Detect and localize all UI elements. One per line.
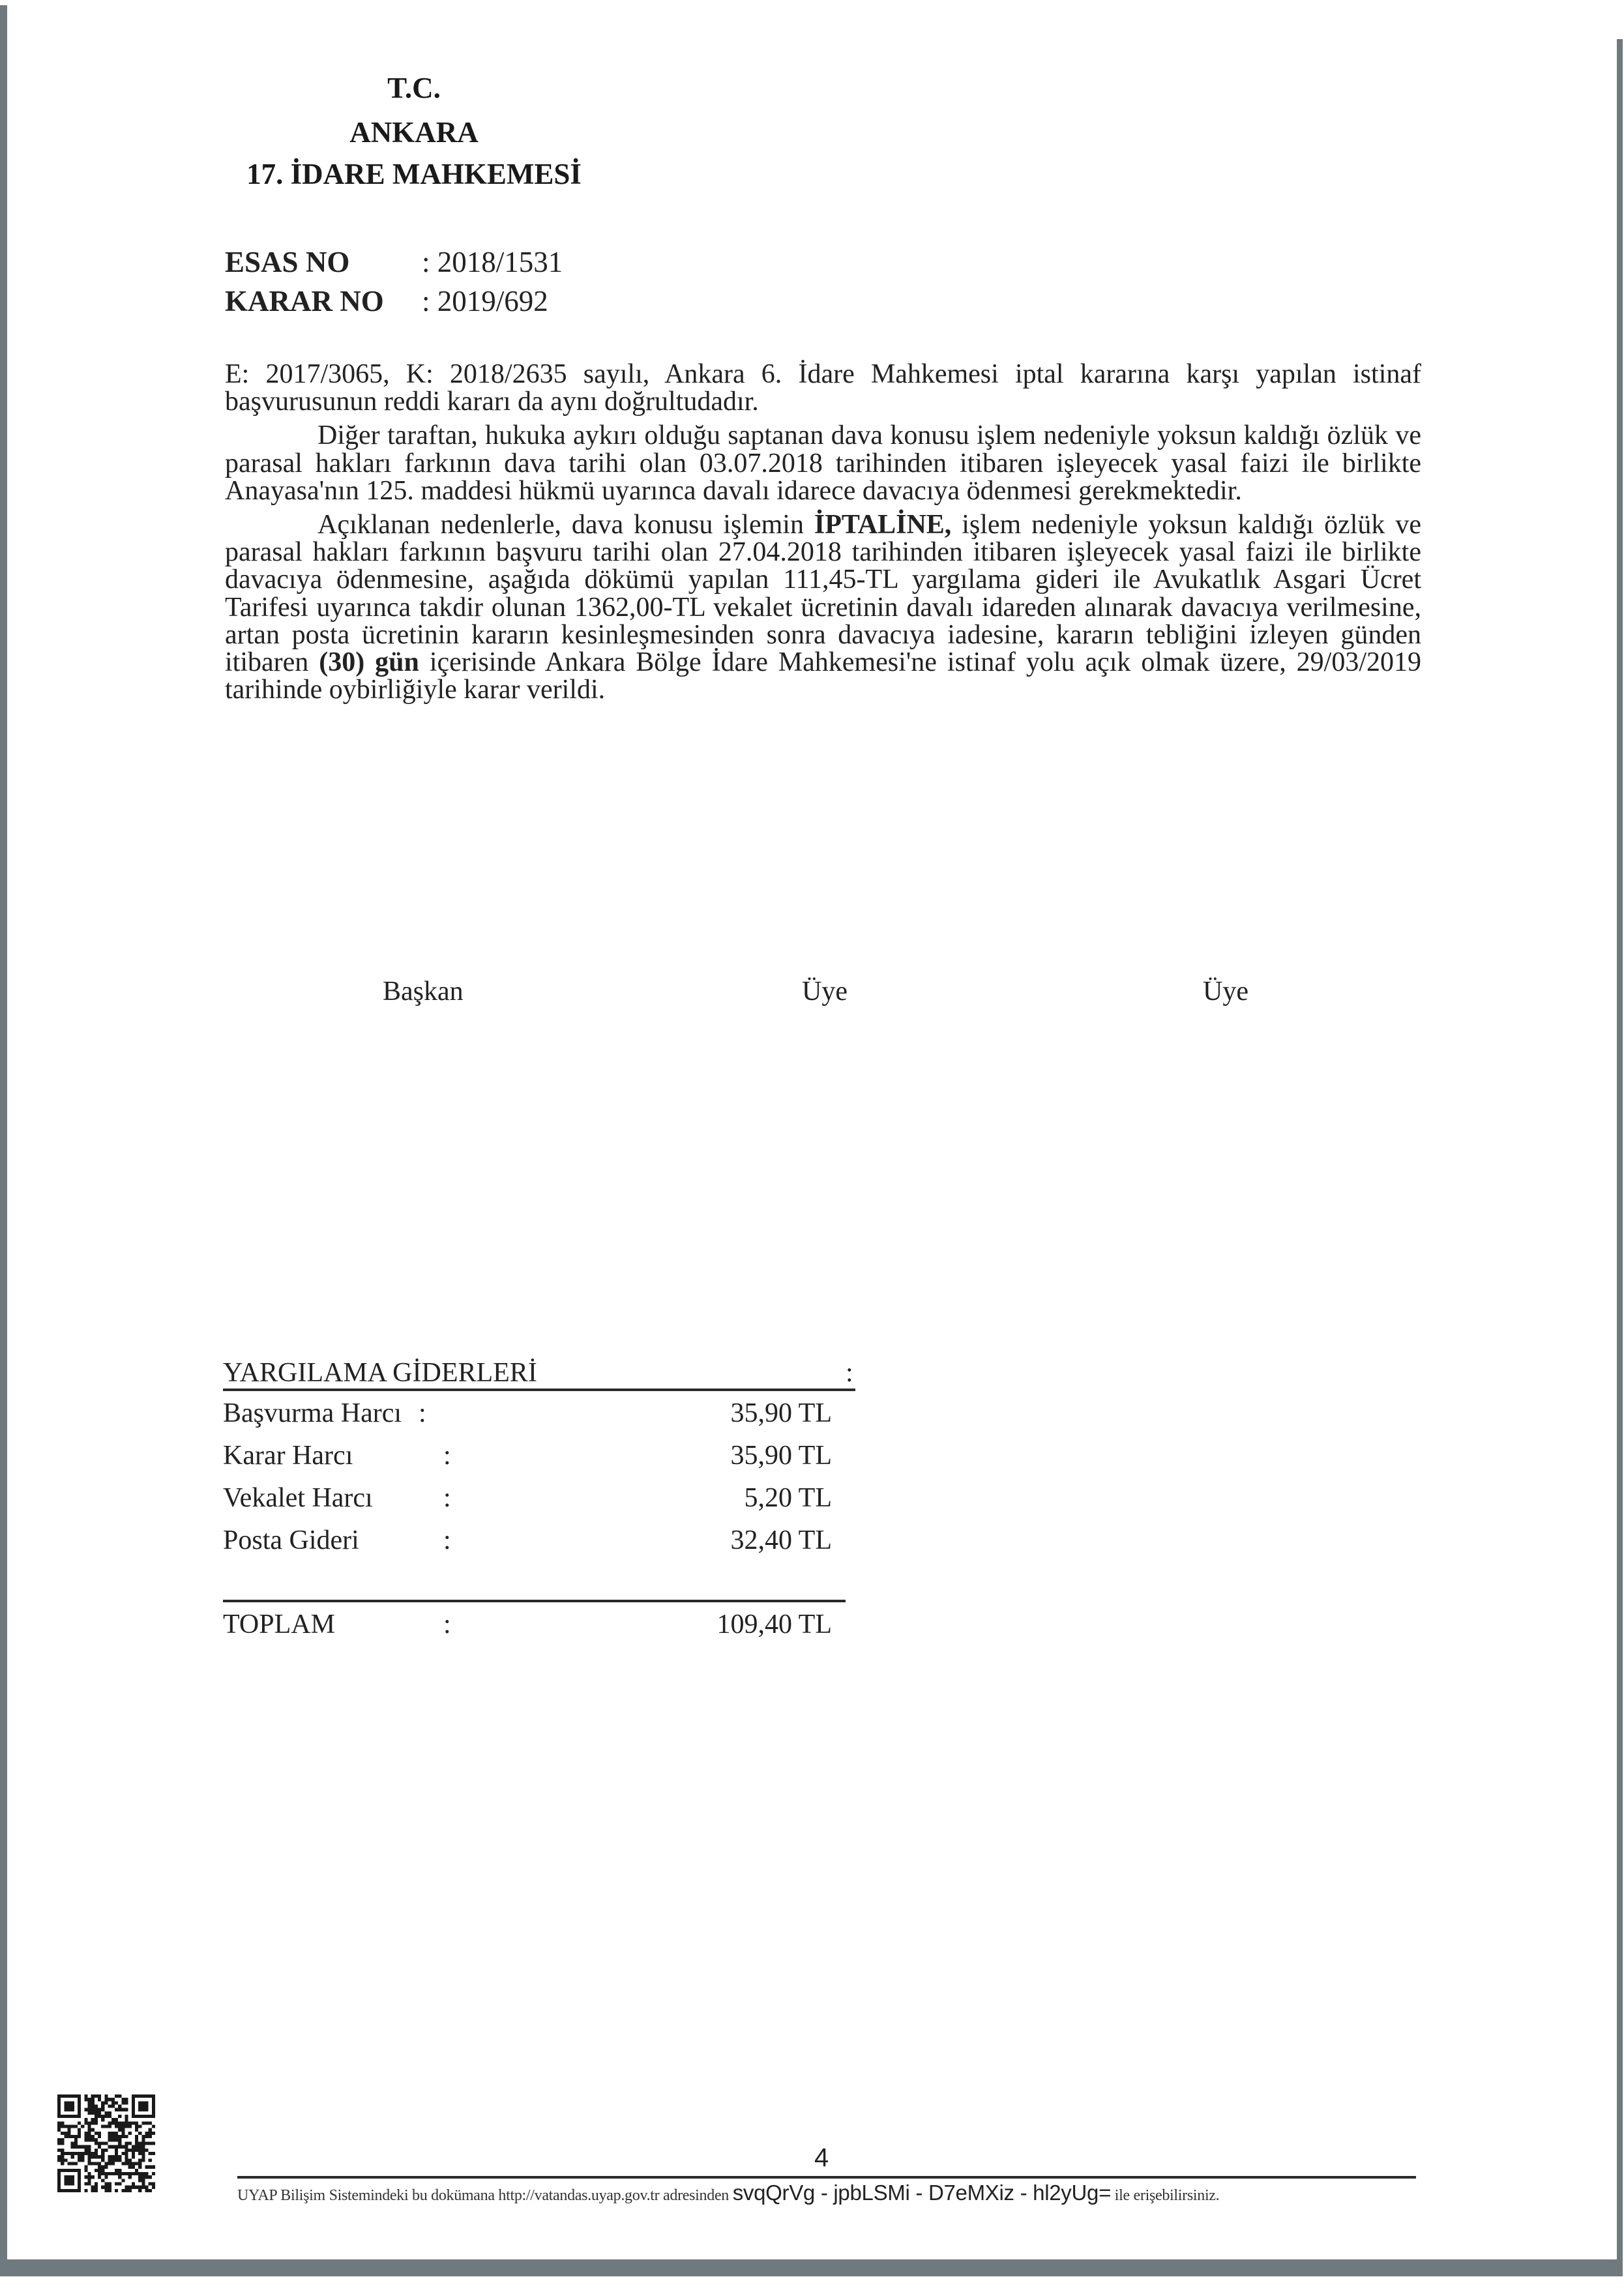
total-row: TOPLAM : 109,40 TL [223,1602,855,1645]
total-value: 109,40 TL [716,1609,832,1640]
paragraph-3-bold-iptal: İPTALİNE, [814,510,951,540]
signature-member-1: Üye [802,978,848,1005]
karar-label: KARAR NO [225,287,422,316]
header-country: T.C. [196,74,632,103]
cost-value: 35,90 TL [730,1398,832,1429]
costs-table: YARGILAMA GİDERLERİ : Başvurma Harcı : 3… [223,1355,855,1645]
paragraph-3-bold-period: (30) gün [319,647,419,677]
paragraph-1: E: 2017/3065, K: 2018/2635 sayılı, Ankar… [225,360,1421,415]
cost-value: 32,40 TL [730,1525,832,1556]
total-label: TOPLAM [223,1609,335,1640]
table-row: Posta Gideri : 32,40 TL [223,1518,855,1561]
scan-border-left [0,5,7,2276]
paragraph-3: Açıklanan nedenlerle, dava konusu işlemi… [225,511,1421,703]
signature-member-2: Üye [1203,978,1248,1005]
esas-label: ESAS NO [225,248,422,277]
footer-text-before: UYAP Bilişim Sistemindeki bu dokümana ht… [237,2187,733,2204]
cost-colon: : [443,1440,451,1471]
table-row: Karar Harcı : 35,90 TL [223,1433,855,1476]
scan-border-bottom [5,2259,1623,2276]
cost-label: Vekalet Harcı [223,1482,373,1514]
paragraph-3-part-a: Açıklanan nedenlerle, dava konusu işlemi… [317,510,814,540]
signature-president: Başkan [383,978,464,1005]
scan-border-right [1617,39,1623,2275]
decision-body: E: 2017/3065, K: 2018/2635 sayılı, Ankar… [225,360,1421,703]
cost-value: 35,90 TL [730,1440,832,1471]
footer-text-after: ile erişebilirsiniz. [1111,2187,1219,2204]
page-number: 4 [814,2145,829,2171]
table-row: Başvurma Harcı : 35,90 TL [223,1391,855,1433]
table-row: Vekalet Harcı : 5,20 TL [223,1476,855,1518]
cost-colon: : [419,1398,426,1429]
cost-value: 5,20 TL [744,1482,832,1514]
cost-label: Posta Gideri [223,1525,359,1556]
cost-colon: : [443,1482,451,1514]
header-court: 17. İDARE MAHKEMESİ [196,160,632,189]
verification-code: svqQrVg - jpbLSMi - D7eMXiz - hl2yUg= [733,2181,1111,2205]
qr-code-icon [57,2094,156,2192]
cost-colon: : [443,1525,451,1556]
esas-value: : 2018/1531 [422,248,563,277]
total-colon: : [443,1609,451,1640]
cost-label: Başvurma Harcı [223,1398,402,1429]
paragraph-2: Diğer taraftan, hukuka aykırı olduğu sap… [225,422,1421,505]
footer-rule [237,2176,1416,2179]
footer-verification-text: UYAP Bilişim Sistemindeki bu dokümana ht… [237,2183,1416,2205]
costs-title-colon: : [846,1357,853,1388]
header-city: ANKARA [196,118,632,147]
cost-label: Karar Harcı [223,1440,353,1471]
karar-value: : 2019/692 [422,287,548,316]
esas-row: ESAS NO: 2018/1531 [225,248,563,277]
costs-title: YARGILAMA GİDERLERİ [223,1357,537,1388]
karar-row: KARAR NO: 2019/692 [225,287,548,316]
costs-title-row: YARGILAMA GİDERLERİ : [223,1355,855,1387]
